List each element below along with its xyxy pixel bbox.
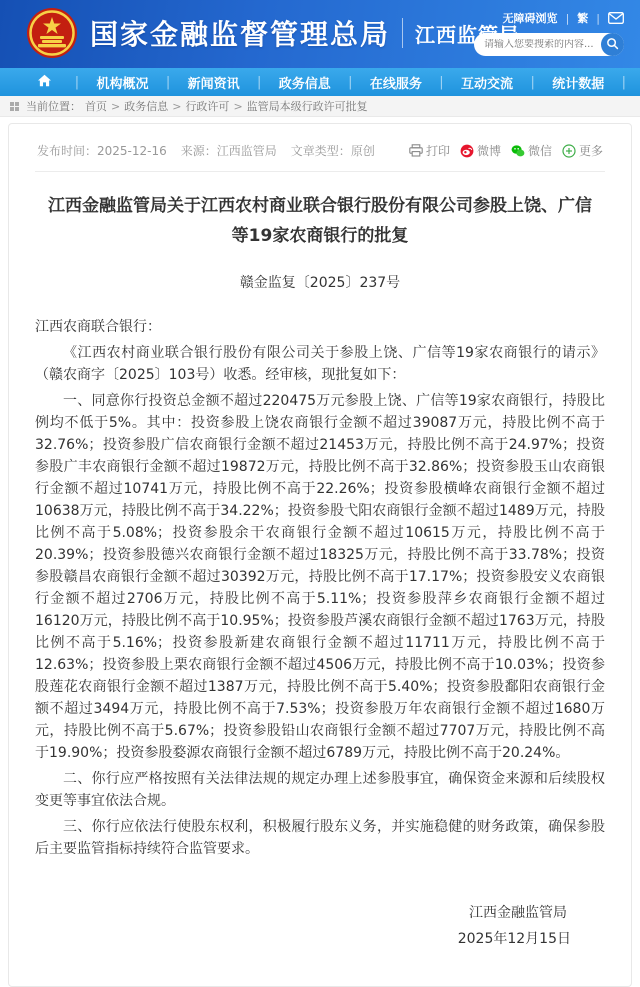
wechat-share-button[interactable]: 微信 (511, 142, 552, 159)
article-type: 文章类型： 原创 (291, 142, 375, 159)
article-type-label: 文章类型： (291, 142, 351, 159)
title-divider (402, 18, 403, 48)
breadcrumb: 当前位置： 首页 > 政务信息 > 行政许可 > 监管局本级行政许可批复 (0, 96, 640, 117)
publish-time: 发布时间： 2025-12-16 (37, 142, 167, 159)
breadcrumb-admin-license[interactable]: 行政许可 (185, 98, 229, 114)
search-button[interactable] (601, 33, 624, 56)
article-type-value: 原创 (351, 142, 375, 159)
printer-icon (409, 144, 423, 157)
plus-circle-icon (562, 144, 576, 158)
nav-item-news[interactable]: 新闻资讯 (170, 73, 257, 92)
accessibility-link[interactable]: 无障碍浏览 (503, 10, 558, 26)
breadcrumb-separator: > (233, 100, 242, 113)
article-meta-row: 发布时间： 2025-12-16 来源： 江西监管局 文章类型： 原创 (35, 138, 605, 159)
paragraph-item-2: 二、你行应严格按照有关法律法规的规定办理上述参股事宜，确保资金来源和后续股权变更… (35, 768, 605, 812)
breadcrumb-current-page[interactable]: 监管局本级行政许可批复 (247, 98, 368, 114)
mail-icon[interactable] (608, 12, 624, 24)
signature-block: 江西金融监管局 2025年12月15日 (35, 900, 605, 952)
paragraph-item-1: 一、同意你行投资总金额不超过220475万元参股上饶、广信等19家农商银行，持股… (35, 390, 605, 764)
nav-item-agency-overview[interactable]: 机构概况 (79, 73, 166, 92)
weibo-label: 微博 (477, 142, 501, 159)
source: 来源： 江西监管局 (181, 142, 277, 159)
main-nav: | 机构概况 | 新闻资讯 | 政务信息 | 在线服务 | 互动交流 | 统计数… (0, 68, 640, 96)
nav-item-online-services[interactable]: 在线服务 (353, 73, 440, 92)
weibo-icon (460, 144, 474, 158)
wechat-label: 微信 (528, 142, 552, 159)
source-value: 江西监管局 (217, 142, 277, 159)
nav-item-gov-info[interactable]: 政务信息 (261, 73, 348, 92)
print-label: 打印 (426, 142, 450, 159)
more-label: 更多 (579, 142, 603, 159)
publish-time-label: 发布时间： (37, 142, 97, 159)
nav-item-interaction[interactable]: 互动交流 (444, 73, 531, 92)
signature-org: 江西金融监管局 (35, 900, 571, 926)
breadcrumb-separator: > (172, 100, 181, 113)
signature-date: 2025年12月15日 (35, 926, 571, 952)
breadcrumb-gov-info[interactable]: 政务信息 (124, 98, 168, 114)
nav-home-button[interactable] (14, 74, 75, 91)
breadcrumb-home[interactable]: 首页 (85, 98, 107, 114)
article-container: 发布时间： 2025-12-16 来源： 江西监管局 文章类型： 原创 (8, 123, 632, 987)
search-input[interactable] (474, 39, 601, 50)
article-body: 江西农商联合银行： 《江西农村商业联合银行股份有限公司关于参股上饶、广信等19家… (35, 316, 605, 860)
source-label: 来源： (181, 142, 217, 159)
breadcrumb-label: 当前位置： (26, 98, 81, 114)
site-title: 国家金融监督管理总局 (90, 13, 390, 53)
paragraph-intro: 《江西农村商业联合银行股份有限公司关于参股上饶、广信等19家农商银行的请示》（赣… (35, 342, 605, 386)
nav-item-statistics[interactable]: 统计数据 (535, 73, 622, 92)
document-number: 赣金监复〔2025〕237号 (35, 272, 605, 292)
header-link-separator: | (566, 12, 570, 25)
nav-separator: | (622, 75, 626, 90)
home-icon (37, 74, 52, 91)
wechat-icon (511, 144, 525, 158)
site-header: 国家金融监督管理总局 江西监管局 无障碍浏览 | 繁 | (0, 0, 640, 68)
traditional-chinese-link[interactable]: 繁 (577, 10, 588, 26)
search-icon (606, 37, 619, 53)
national-emblem-icon (26, 7, 78, 59)
paragraph-item-3: 三、你行应依法行使股东权利，积极履行股东义务，并实施稳健的财务政策，确保参股后主… (35, 816, 605, 860)
search-bar (474, 33, 624, 56)
weibo-share-button[interactable]: 微博 (460, 142, 501, 159)
print-button[interactable]: 打印 (409, 142, 450, 159)
more-share-button[interactable]: 更多 (562, 142, 603, 159)
paragraph-salutation: 江西农商联合银行： (35, 316, 605, 338)
article-title: 江西金融监管局关于江西农村商业联合银行股份有限公司参股上饶、广信等19家农商银行… (41, 192, 599, 252)
location-grid-icon (10, 102, 19, 111)
breadcrumb-separator: > (111, 100, 120, 113)
meta-divider (35, 171, 605, 172)
header-link-separator: | (596, 12, 600, 25)
publish-time-value: 2025-12-16 (97, 144, 167, 158)
